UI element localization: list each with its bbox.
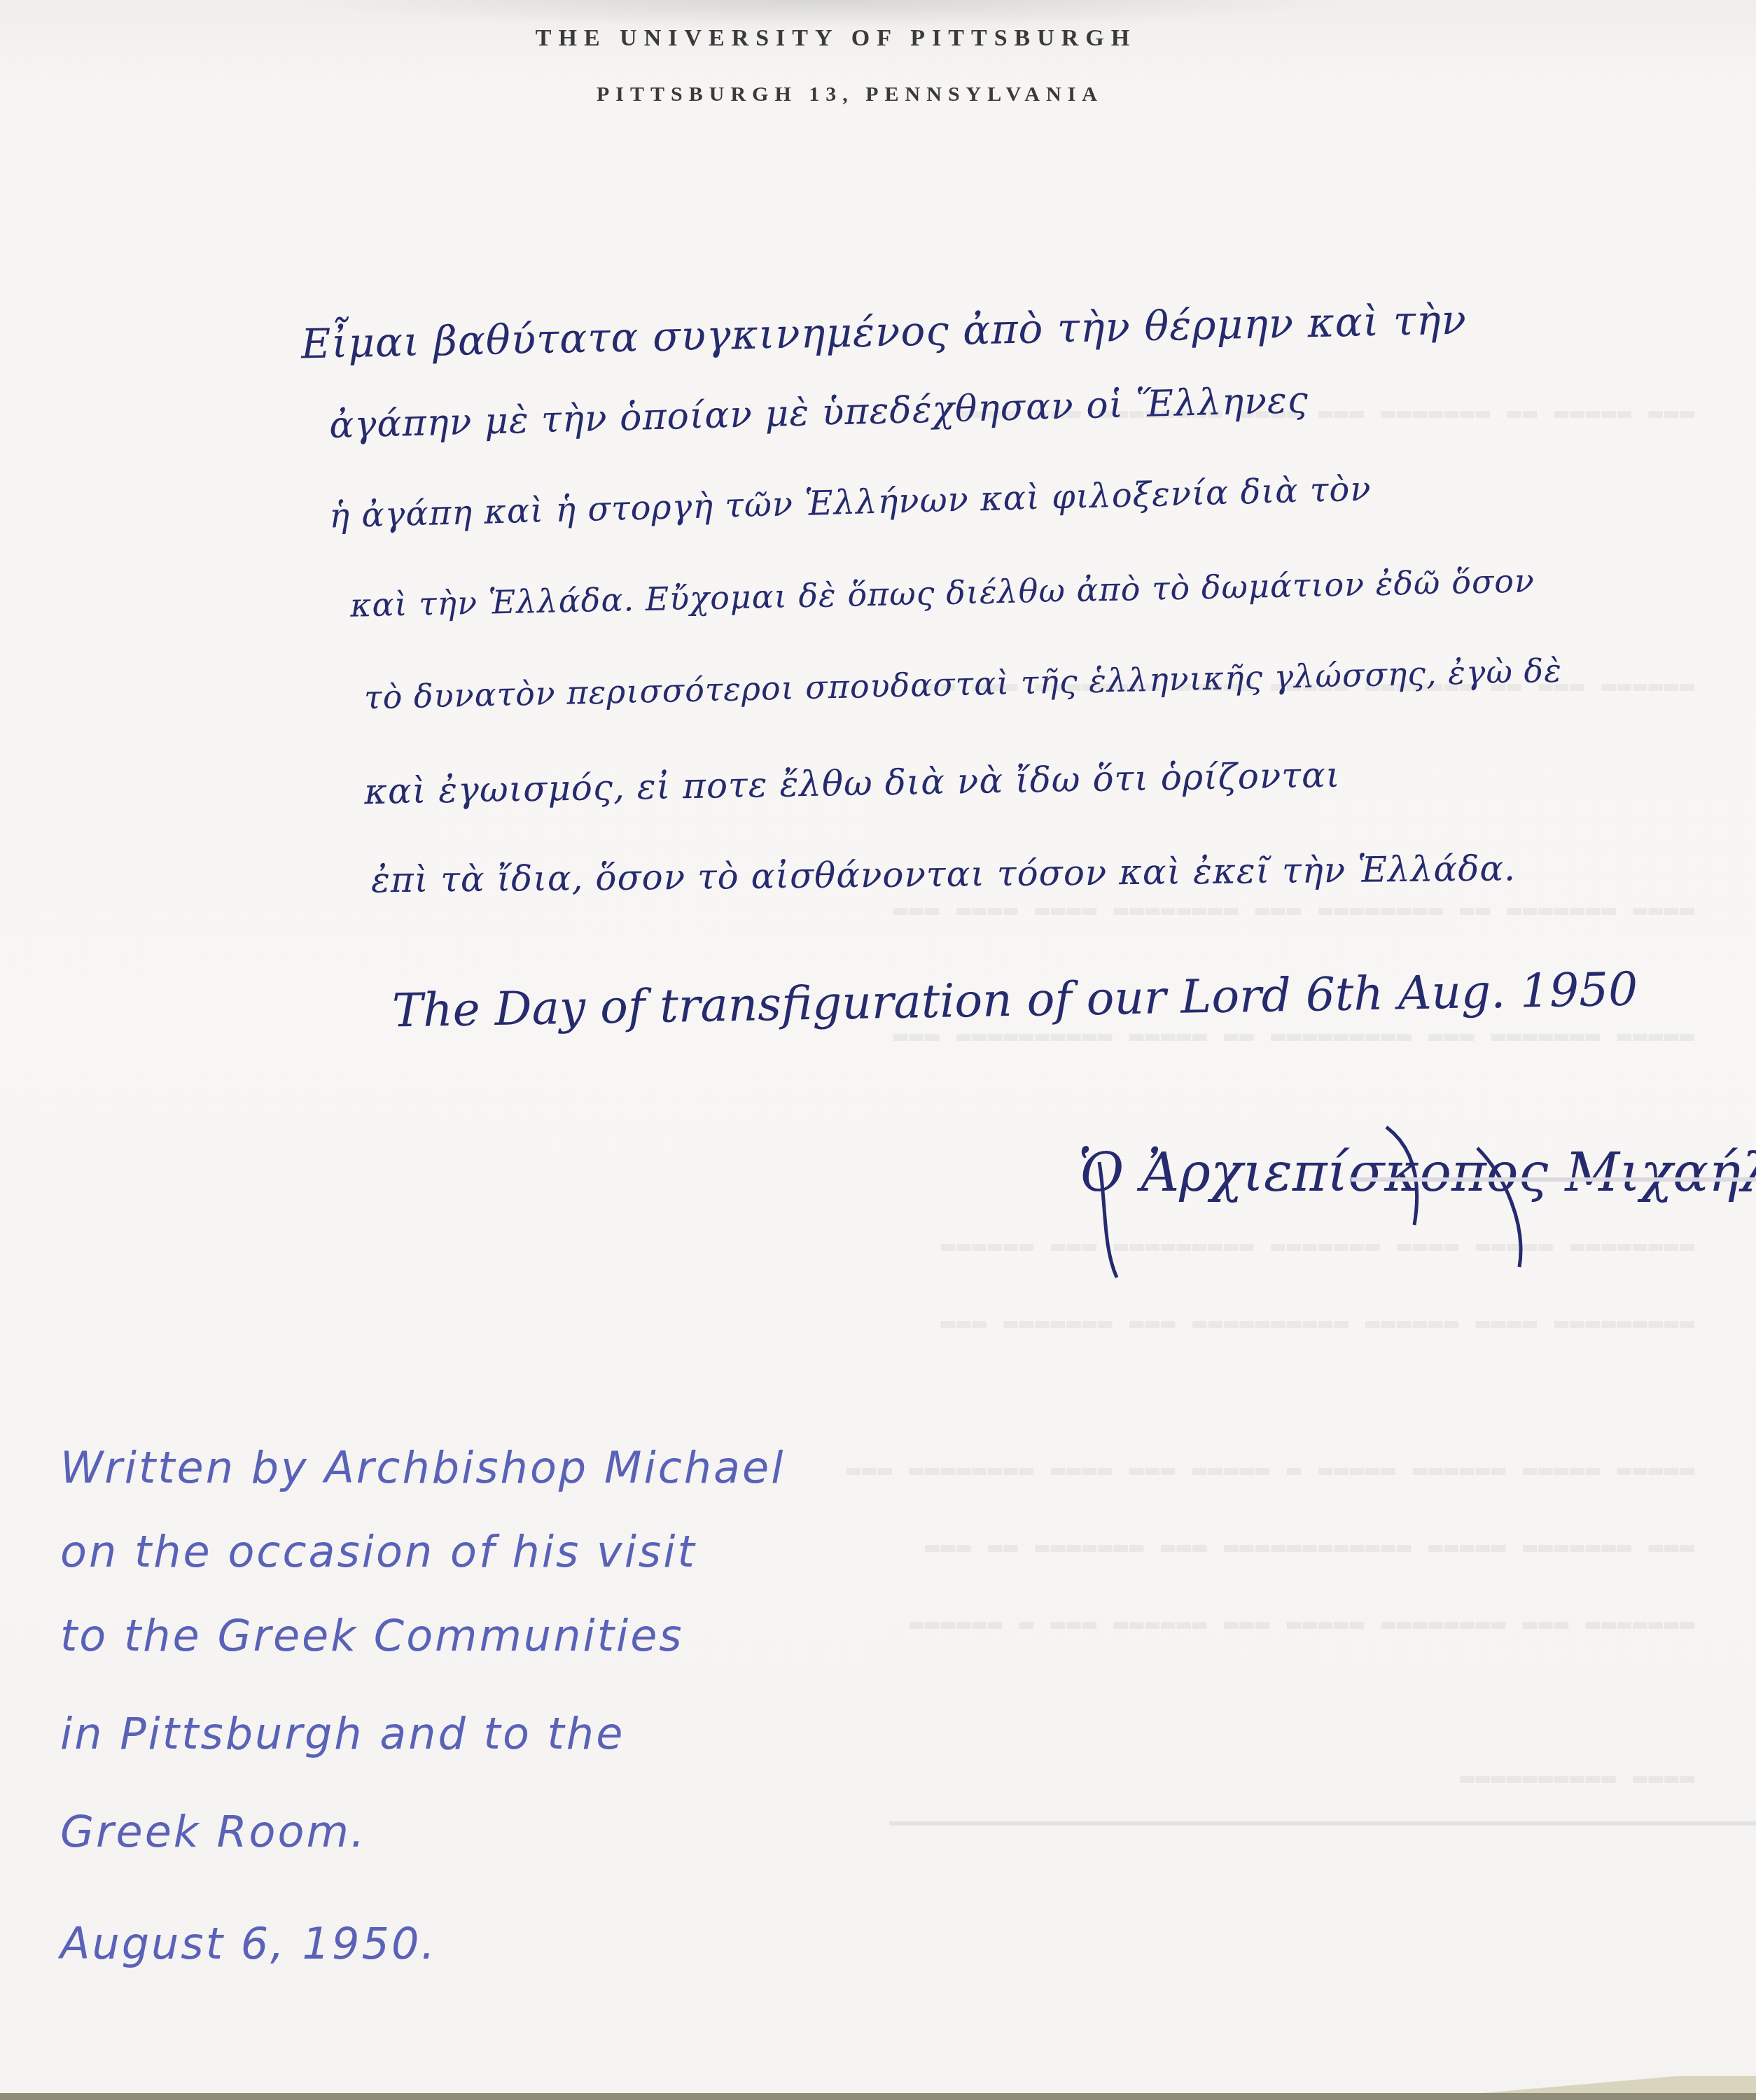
annotation-line-1: Written by Archbishop Michael xyxy=(60,1442,785,1493)
scan-shadow xyxy=(294,0,1344,28)
scan-bottom-edge xyxy=(0,2093,1756,2100)
annotation-line-2: on the occasion of his visit xyxy=(60,1526,697,1577)
annotation-line-4: in Pittsburgh and to the xyxy=(60,1708,625,1759)
signature-flourish-icon xyxy=(1085,1120,1659,1281)
bleed-through-text: ▬▬▬▬ ▬▬▬▬▬▬▬ ▬▬ ▬▬▬▬▬▬▬▬ ▬▬▬ ▬▬▬▬▬▬▬▬ ▬▬… xyxy=(308,896,1694,924)
annotation-line-5: Greek Room. xyxy=(60,1806,366,1857)
letterhead-address: PITTSBURGH 13, PENNSYLVANIA xyxy=(0,83,1728,106)
page-corner-fold xyxy=(1392,2076,1756,2093)
scan-artifact-line xyxy=(1351,1177,1756,1182)
bleed-through-text: ▬▬▬▬ ▬▬▬▬▬▬▬▬▬▬ xyxy=(308,1764,1694,1792)
scan-artifact-line xyxy=(889,1821,1756,1826)
letterhead-institution: THE UNIVERSITY OF PITTSBURGH xyxy=(0,25,1714,52)
annotation-line-3: to the Greek Communities xyxy=(60,1610,684,1661)
bleed-through-text: ▬▬▬▬▬▬▬▬▬ ▬▬▬▬ ▬▬▬▬▬▬ ▬▬▬▬▬▬▬▬▬▬ ▬▬▬ ▬▬▬… xyxy=(308,1309,1694,1337)
annotation-line-6: August 6, 1950. xyxy=(60,1918,437,1969)
